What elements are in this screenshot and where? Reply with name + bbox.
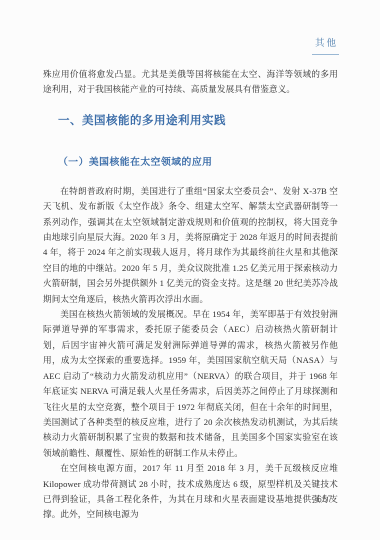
document-page: 其他 殊应用价值将愈发凸显。尤其是美俄等国将核能在太空、海洋等领域的多用途利用，…	[0, 0, 380, 540]
body-paragraph-1: 在特朗普政府时期，美国进行了重组“国家太空委员会”、发射 X-37B 空天飞机、…	[43, 184, 338, 307]
continuation-paragraph: 殊应用价值将愈发凸显。尤其是美俄等国将核能在太空、海洋等领域的多用途利用，对于我…	[43, 67, 338, 98]
running-header-label: 其他	[312, 35, 339, 55]
text-block: 殊应用价值将愈发凸显。尤其是美俄等国将核能在太空、海洋等领域的多用途利用，对于我…	[43, 67, 338, 523]
body-paragraph-2: 美国在核热火箭领域的发展概况。早在 1954 年，美军即基于有效投射洲际弹道导弹…	[43, 307, 338, 461]
subsection-heading: （一）美国核能在太空领域的应用	[58, 158, 338, 168]
section-heading: 一、美国核能的多用途利用实践	[58, 115, 338, 127]
body-paragraph-3: 在空间核电源方面，2017 年 11 月至 2018 年 3 月，美千瓦级核反应…	[43, 461, 338, 523]
page-number: 657	[317, 494, 333, 504]
